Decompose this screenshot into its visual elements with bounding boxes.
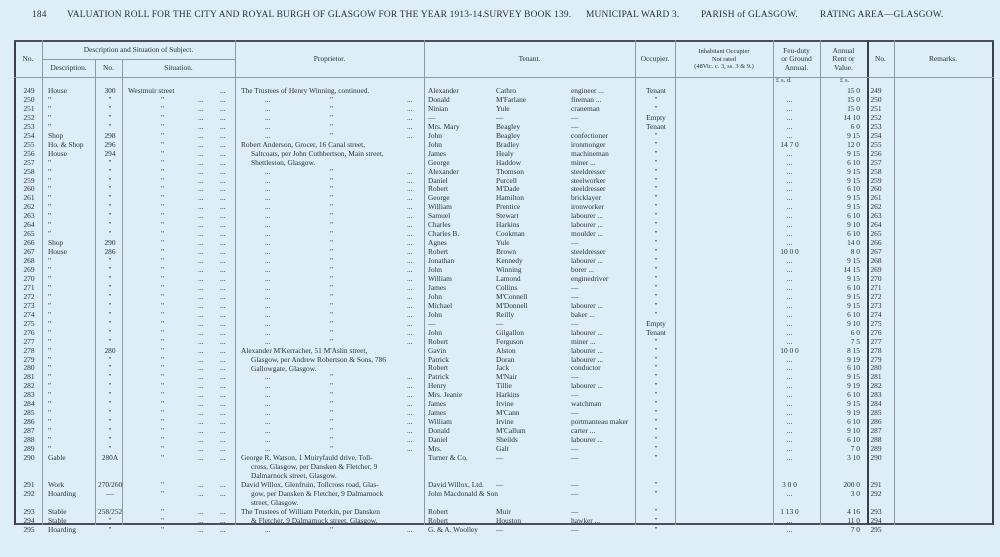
- ditto-mark: ": [161, 193, 164, 202]
- leader-dots: ...: [407, 184, 413, 193]
- row-number: 280: [17, 363, 41, 372]
- description-cell: Ho. & Shop: [48, 140, 84, 149]
- leader-dots: ...: [198, 516, 204, 525]
- tenant-first-name: Daniel: [428, 435, 448, 444]
- row-number-right: 257: [864, 158, 888, 167]
- leader-dots: ...: [198, 274, 204, 283]
- row-number: 270: [17, 274, 41, 283]
- ditto-mark: ": [161, 292, 164, 301]
- ditto-mark: ": [330, 193, 333, 202]
- tenant-surname: —: [496, 113, 503, 122]
- leader-dots: ...: [198, 444, 204, 453]
- ditto-mark: ": [161, 507, 164, 516]
- leader-dots: ...: [220, 149, 226, 158]
- ditto-mark: ": [330, 408, 333, 417]
- leader-dots: ...: [220, 337, 226, 346]
- leader-dots: ...: [220, 525, 226, 534]
- parish: PARISH of GLASGOW.: [701, 10, 798, 20]
- annual-rent-cell: 6 0: [820, 328, 860, 337]
- occupier-cell: ": [637, 229, 675, 238]
- description-cell: Hoarding: [48, 489, 76, 498]
- row-number-right: 290: [864, 453, 888, 462]
- feu-duty-cell: ...: [762, 310, 817, 319]
- table-row: 292Hoarding—John Macdonald & Son—"...3 0…: [0, 489, 1000, 498]
- occupier-cell: ": [637, 337, 675, 346]
- leader-dots: ...: [220, 122, 226, 131]
- tenant-occupation: —: [571, 489, 578, 498]
- description-cell: ": [48, 176, 51, 185]
- tenant-first-name: Donald: [428, 95, 450, 104]
- ditto-mark: ": [330, 202, 333, 211]
- ditto-mark: ": [161, 211, 164, 220]
- street-number-cell: 280A: [98, 453, 122, 462]
- tenant-first-name: Mrs. Mary: [428, 122, 460, 131]
- leader-dots: ...: [220, 283, 226, 292]
- proprietor-line: street, Glasgow.: [241, 498, 421, 507]
- tenant-surname: Thomson: [496, 167, 524, 176]
- annual-rent-cell: 9 15: [820, 193, 860, 202]
- occupier-cell: Empty: [637, 113, 675, 122]
- street-number-cell: 280: [98, 346, 122, 355]
- feu-duty-cell: ...: [762, 283, 817, 292]
- table-row: 290Gable280ATurner & Co.——"...3 10".....…: [0, 453, 1000, 462]
- leader-dots: ...: [265, 167, 271, 176]
- tenant-first-name: Donald: [428, 426, 450, 435]
- leader-dots: ...: [220, 202, 226, 211]
- leader-dots: ...: [265, 274, 271, 283]
- annual-rent-cell: 6 10: [820, 435, 860, 444]
- tenant-occupation: —: [571, 453, 578, 462]
- description-cell: ": [48, 319, 51, 328]
- street-number-cell: ": [98, 292, 122, 301]
- occupier-cell: ": [637, 489, 675, 498]
- leader-dots: ...: [198, 104, 204, 113]
- annual-rent-cell: 11 0: [820, 516, 860, 525]
- tenant-first-name: —: [428, 113, 435, 122]
- leader-dots: ...: [198, 453, 204, 462]
- leader-dots: ...: [198, 238, 204, 247]
- tenant-first-name: George: [428, 158, 450, 167]
- tenant-surname: Cookman: [496, 229, 525, 238]
- row-number: 275: [17, 319, 41, 328]
- leader-dots: ...: [220, 176, 226, 185]
- leader-dots: ...: [407, 390, 413, 399]
- tenant-surname: Irvine: [496, 417, 514, 426]
- feu-duty-cell: 10 0 0: [762, 346, 817, 355]
- description-cell: ": [48, 158, 51, 167]
- row-number: 251: [17, 104, 41, 113]
- ditto-mark: ": [161, 444, 164, 453]
- leader-dots: ...: [407, 426, 413, 435]
- leader-dots: ...: [198, 158, 204, 167]
- tenant-first-name: John: [428, 131, 442, 140]
- table-row: 279""PatrickDoranlabourer ..."...9 19"..…: [0, 355, 1000, 364]
- row-number: 277: [17, 337, 41, 346]
- leader-dots: ...: [220, 113, 226, 122]
- occupier-cell: ": [637, 274, 675, 283]
- annual-rent-cell: 9 15: [820, 131, 860, 140]
- row-number: 252: [17, 113, 41, 122]
- description-cell: ": [48, 122, 51, 131]
- table-row: 262""WilliamPrenticeironworker"...9 15".…: [0, 202, 1000, 211]
- street-number-cell: ": [98, 328, 122, 337]
- rating-area: RATING AREA—GLASGOW.: [820, 10, 943, 20]
- row-number-right: 264: [864, 220, 888, 229]
- ditto-mark: ": [330, 417, 333, 426]
- street-number-cell: 296: [98, 140, 122, 149]
- feu-duty-cell: ...: [762, 363, 817, 372]
- table-row: 288""DanielSheildslabourer ..."...6 10".…: [0, 435, 1000, 444]
- proprietor-line: Alexander M'Kerracher, 51 M'Aslin street…: [241, 346, 421, 355]
- street-number-cell: ": [98, 355, 122, 364]
- ditto-mark: ": [161, 113, 164, 122]
- annual-rent-cell: 6 10: [820, 211, 860, 220]
- header-line: (48Vic. c. 3, ss. 3 & 9.): [694, 63, 753, 70]
- leader-dots: ...: [198, 301, 204, 310]
- feu-duty-cell: ...: [762, 104, 817, 113]
- leader-dots: ...: [220, 435, 226, 444]
- feu-duty-cell: ...: [762, 372, 817, 381]
- leader-dots: ...: [407, 525, 413, 534]
- leader-dots: ...: [198, 167, 204, 176]
- ditto-mark: ": [330, 444, 333, 453]
- ditto-mark: ": [161, 435, 164, 444]
- description-cell: ": [48, 408, 51, 417]
- occupier-cell: ": [637, 158, 675, 167]
- row-number-right: 279: [864, 355, 888, 364]
- description-cell: ": [48, 256, 51, 265]
- row-number: 250: [17, 95, 41, 104]
- table-row: 293Stable258/252RobertMuir—"1 13 04 16".…: [0, 507, 1000, 516]
- leader-dots: ...: [265, 337, 271, 346]
- table-row: 280""RobertJackconductor"...6 10"......2…: [0, 363, 1000, 372]
- ditto-mark: ": [161, 381, 164, 390]
- leader-dots: ...: [265, 247, 271, 256]
- tenant-first-name: John: [428, 292, 442, 301]
- annual-rent-cell: 14 10: [820, 113, 860, 122]
- leader-dots: ...: [407, 444, 413, 453]
- annual-rent-cell: 6 0: [820, 122, 860, 131]
- leader-dots: ...: [407, 381, 413, 390]
- tenant-first-name: Charles B.: [428, 229, 459, 238]
- proprietor-line: George R. Watson, 1 Muiryfauld drive, To…: [241, 453, 421, 462]
- leader-dots: ...: [220, 167, 226, 176]
- occupier-cell: ": [637, 310, 675, 319]
- leader-dots: ...: [407, 435, 413, 444]
- proprietor-line: The Trustees of William Peterkin, per Da…: [241, 507, 421, 516]
- tenant-first-name: Turner & Co.: [428, 453, 468, 462]
- row-number: 271: [17, 283, 41, 292]
- tenant-surname: M'Dade: [496, 184, 520, 193]
- tenant-surname: M'Cann: [496, 408, 520, 417]
- row-number: 256: [17, 149, 41, 158]
- table-row: 286""WilliamIrvineportmanteau maker"...6…: [0, 417, 1000, 426]
- leader-dots: ...: [198, 435, 204, 444]
- leader-dots: ...: [265, 113, 271, 122]
- tenant-surname: Sheilds: [496, 435, 518, 444]
- tenant-occupation: —: [571, 390, 578, 399]
- leader-dots: ...: [265, 256, 271, 265]
- ditto-mark: ": [161, 489, 164, 498]
- leader-dots: ...: [220, 229, 226, 238]
- tenant-occupation: steeldresser: [571, 247, 605, 256]
- row-number: 262: [17, 202, 41, 211]
- leader-dots: ...: [265, 229, 271, 238]
- leader-dots: ...: [407, 131, 413, 140]
- tenant-occupation: bricklayer: [571, 193, 601, 202]
- feu-duty-cell: ...: [762, 525, 817, 534]
- row-number: 272: [17, 292, 41, 301]
- ditto-mark: ": [330, 113, 333, 122]
- row-number-right: 287: [864, 426, 888, 435]
- tenant-surname: Winning: [496, 265, 522, 274]
- street-number-cell: ": [98, 256, 122, 265]
- leader-dots: ...: [407, 283, 413, 292]
- row-number-right: 274: [864, 310, 888, 319]
- street-number-cell: ": [98, 220, 122, 229]
- ditto-mark: ": [161, 453, 164, 462]
- row-number-right: 293: [864, 507, 888, 516]
- tenant-first-name: Michael: [428, 301, 452, 310]
- street-number-cell: ": [98, 167, 122, 176]
- tenant-occupation: conductor: [571, 363, 601, 372]
- ditto-mark: ": [330, 283, 333, 292]
- leader-dots: ...: [220, 363, 226, 372]
- row-number: 264: [17, 220, 41, 229]
- proprietor-line: The Trustees of Henry Winning, continued…: [241, 86, 421, 95]
- header-proprietor: Proprietor.: [235, 42, 424, 77]
- leader-dots: ...: [407, 337, 413, 346]
- leader-dots: ...: [265, 193, 271, 202]
- annual-rent-cell: 9 15: [820, 202, 860, 211]
- row-number: 255: [17, 140, 41, 149]
- ditto-mark: ": [161, 346, 164, 355]
- leader-dots: ...: [198, 113, 204, 122]
- row-number-right: 295: [864, 525, 888, 534]
- ditto-mark: ": [161, 363, 164, 372]
- row-number-right: 259: [864, 176, 888, 185]
- annual-rent-cell: 8 0: [820, 247, 860, 256]
- row-number: 279: [17, 355, 41, 364]
- leader-dots: ...: [265, 283, 271, 292]
- ditto-mark: ": [161, 220, 164, 229]
- tenant-first-name: John: [428, 310, 442, 319]
- leader-dots: ...: [407, 211, 413, 220]
- occupier-cell: ": [637, 104, 675, 113]
- tenant-first-name: Mrs. Jeanie: [428, 390, 462, 399]
- leader-dots: ...: [198, 390, 204, 399]
- row-number-right: 275: [864, 319, 888, 328]
- row-number: 283: [17, 390, 41, 399]
- tenant-surname: Brown: [496, 247, 516, 256]
- table-row: 291Work270/260David Willox, Ltd.——"3 0 0…: [0, 480, 1000, 489]
- ditto-mark: ": [330, 229, 333, 238]
- row-number-right: 253: [864, 122, 888, 131]
- row-number: 253: [17, 122, 41, 131]
- tenant-surname: Stewart: [496, 211, 519, 220]
- ditto-mark: ": [161, 140, 164, 149]
- leader-dots: ...: [198, 247, 204, 256]
- row-number: 288: [17, 435, 41, 444]
- street-number-cell: ": [98, 417, 122, 426]
- ditto-mark: ": [161, 301, 164, 310]
- tenant-surname: M'Nair: [496, 372, 517, 381]
- feu-duty-cell: ...: [762, 426, 817, 435]
- annual-rent-cell: 9 10: [820, 220, 860, 229]
- street-number-cell: ": [98, 193, 122, 202]
- ditto-mark: ": [330, 176, 333, 185]
- tenant-surname: —: [496, 319, 503, 328]
- leader-dots: ...: [407, 238, 413, 247]
- feu-duty-cell: ...: [762, 292, 817, 301]
- feu-duty-cell: ...: [762, 95, 817, 104]
- ditto-mark: ": [161, 229, 164, 238]
- ditto-mark: ": [161, 390, 164, 399]
- row-number-right: 262: [864, 202, 888, 211]
- row-number-right: 283: [864, 390, 888, 399]
- street-number-cell: ": [98, 229, 122, 238]
- occupier-cell: ": [637, 238, 675, 247]
- row-number-right: 277: [864, 337, 888, 346]
- description-cell: ": [48, 435, 51, 444]
- leader-dots: ...: [407, 95, 413, 104]
- occupier-cell: ": [637, 507, 675, 516]
- feu-duty-cell: 10 0 0: [762, 247, 817, 256]
- street-number-cell: ": [98, 435, 122, 444]
- street-number-cell: ": [98, 122, 122, 131]
- street-number-cell: 270/260: [98, 480, 122, 489]
- annual-rent-cell: 6 10: [820, 283, 860, 292]
- occupier-cell: ": [637, 131, 675, 140]
- leader-dots: ...: [198, 283, 204, 292]
- occupier-cell: ": [637, 265, 675, 274]
- leader-dots: ...: [407, 372, 413, 381]
- tenant-surname: Bradley: [496, 140, 519, 149]
- annual-rent-cell: 9 19: [820, 408, 860, 417]
- annual-rent-cell: 15 0: [820, 95, 860, 104]
- leader-dots: ...: [220, 453, 226, 462]
- leader-dots: ...: [407, 113, 413, 122]
- leader-dots: ...: [220, 301, 226, 310]
- annual-rent-cell: 9 15: [820, 256, 860, 265]
- tenant-first-name: Gavin: [428, 346, 446, 355]
- tenant-first-name: John: [428, 265, 442, 274]
- annual-units: £ s.: [840, 77, 849, 84]
- proprietor-entry: Robert Anderson, Grocer, 16 Canal street…: [241, 140, 421, 167]
- leader-dots: ...: [220, 516, 226, 525]
- header-occupier: Occupier.: [635, 42, 675, 77]
- street-number-cell: ": [98, 202, 122, 211]
- table-row: [0, 471, 1000, 480]
- ditto-mark: ": [330, 381, 333, 390]
- description-cell: ": [48, 167, 51, 176]
- leader-dots: ...: [198, 95, 204, 104]
- row-number-right: 249: [864, 86, 888, 95]
- row-number: 276: [17, 328, 41, 337]
- feu-duty-cell: ...: [762, 328, 817, 337]
- leader-dots: ...: [265, 95, 271, 104]
- ditto-mark: ": [161, 480, 164, 489]
- proprietor-entry: Alexander M'Kerracher, 51 M'Aslin street…: [241, 346, 421, 373]
- tenant-surname: Beagley: [496, 122, 520, 131]
- leader-dots: ...: [407, 247, 413, 256]
- leader-dots: ...: [407, 104, 413, 113]
- ditto-mark: ": [161, 274, 164, 283]
- tenant-occupation: craneman: [571, 104, 600, 113]
- tenant-occupation: —: [571, 480, 578, 489]
- row-number-right: 282: [864, 381, 888, 390]
- tenant-occupation: —: [571, 444, 578, 453]
- row-number-right: 250: [864, 95, 888, 104]
- annual-rent-cell: 200 0: [820, 480, 860, 489]
- tenant-first-name: Robert: [428, 337, 448, 346]
- annual-rent-cell: 14 0: [820, 238, 860, 247]
- leader-dots: ...: [265, 319, 271, 328]
- leader-dots: ...: [220, 140, 226, 149]
- header-tenant: Tenant.: [424, 42, 635, 77]
- leader-dots: ...: [265, 310, 271, 319]
- feu-duty-cell: ...: [762, 184, 817, 193]
- street-number-cell: ": [98, 372, 122, 381]
- occupier-cell: ": [637, 95, 675, 104]
- occupier-cell: Tenant: [637, 328, 675, 337]
- row-number: 281: [17, 372, 41, 381]
- ditto-mark: ": [161, 149, 164, 158]
- table-row: 287""DonaldM'Callumcarter ..."...9 10"..…: [0, 426, 1000, 435]
- ditto-mark: ": [161, 238, 164, 247]
- feu-duty-cell: ...: [762, 516, 817, 525]
- table-row: 257""GeorgeHaddowminer ..."...6 10".....…: [0, 158, 1000, 167]
- header-line: Value.: [834, 64, 853, 72]
- row-number: 291: [17, 480, 41, 489]
- leader-dots: ...: [198, 417, 204, 426]
- feu-duty-cell: 1 13 0: [762, 507, 817, 516]
- description-cell: Shop: [48, 131, 63, 140]
- ditto-mark: ": [161, 408, 164, 417]
- occupier-cell: ": [637, 435, 675, 444]
- row-number-right: 288: [864, 435, 888, 444]
- ditto-mark: ": [161, 176, 164, 185]
- row-number-right: 267: [864, 247, 888, 256]
- tenant-first-name: Mrs.: [428, 444, 442, 453]
- occupier-cell: ": [637, 256, 675, 265]
- tenant-occupation: borer ...: [571, 265, 594, 274]
- description-cell: ": [48, 104, 51, 113]
- leader-dots: ...: [265, 525, 271, 534]
- row-number-right: 285: [864, 408, 888, 417]
- leader-dots: ...: [407, 301, 413, 310]
- ditto-mark: ": [161, 167, 164, 176]
- leader-dots: ...: [220, 95, 226, 104]
- ditto-mark: ": [161, 525, 164, 534]
- tenant-surname: —: [496, 453, 503, 462]
- feu-duty-cell: ...: [762, 444, 817, 453]
- tenant-occupation: baker ...: [571, 310, 595, 319]
- leader-dots: ...: [265, 211, 271, 220]
- annual-rent-cell: 3 0: [820, 489, 860, 498]
- leader-dots: ...: [265, 417, 271, 426]
- street-number-cell: ": [98, 283, 122, 292]
- proprietor-line: Shettleston, Glasgow.: [241, 158, 421, 167]
- street-number-cell: 300: [98, 86, 122, 95]
- survey-book: SURVEY BOOK 139.: [484, 10, 571, 20]
- feu-duty-cell: ...: [762, 390, 817, 399]
- leader-dots: ...: [220, 319, 226, 328]
- leader-dots: ...: [198, 265, 204, 274]
- table-row: 264""CharlesHarkinslabourer ..."...9 10"…: [0, 220, 1000, 229]
- tenant-occupation: fireman ...: [571, 95, 601, 104]
- row-number-right: 289: [864, 444, 888, 453]
